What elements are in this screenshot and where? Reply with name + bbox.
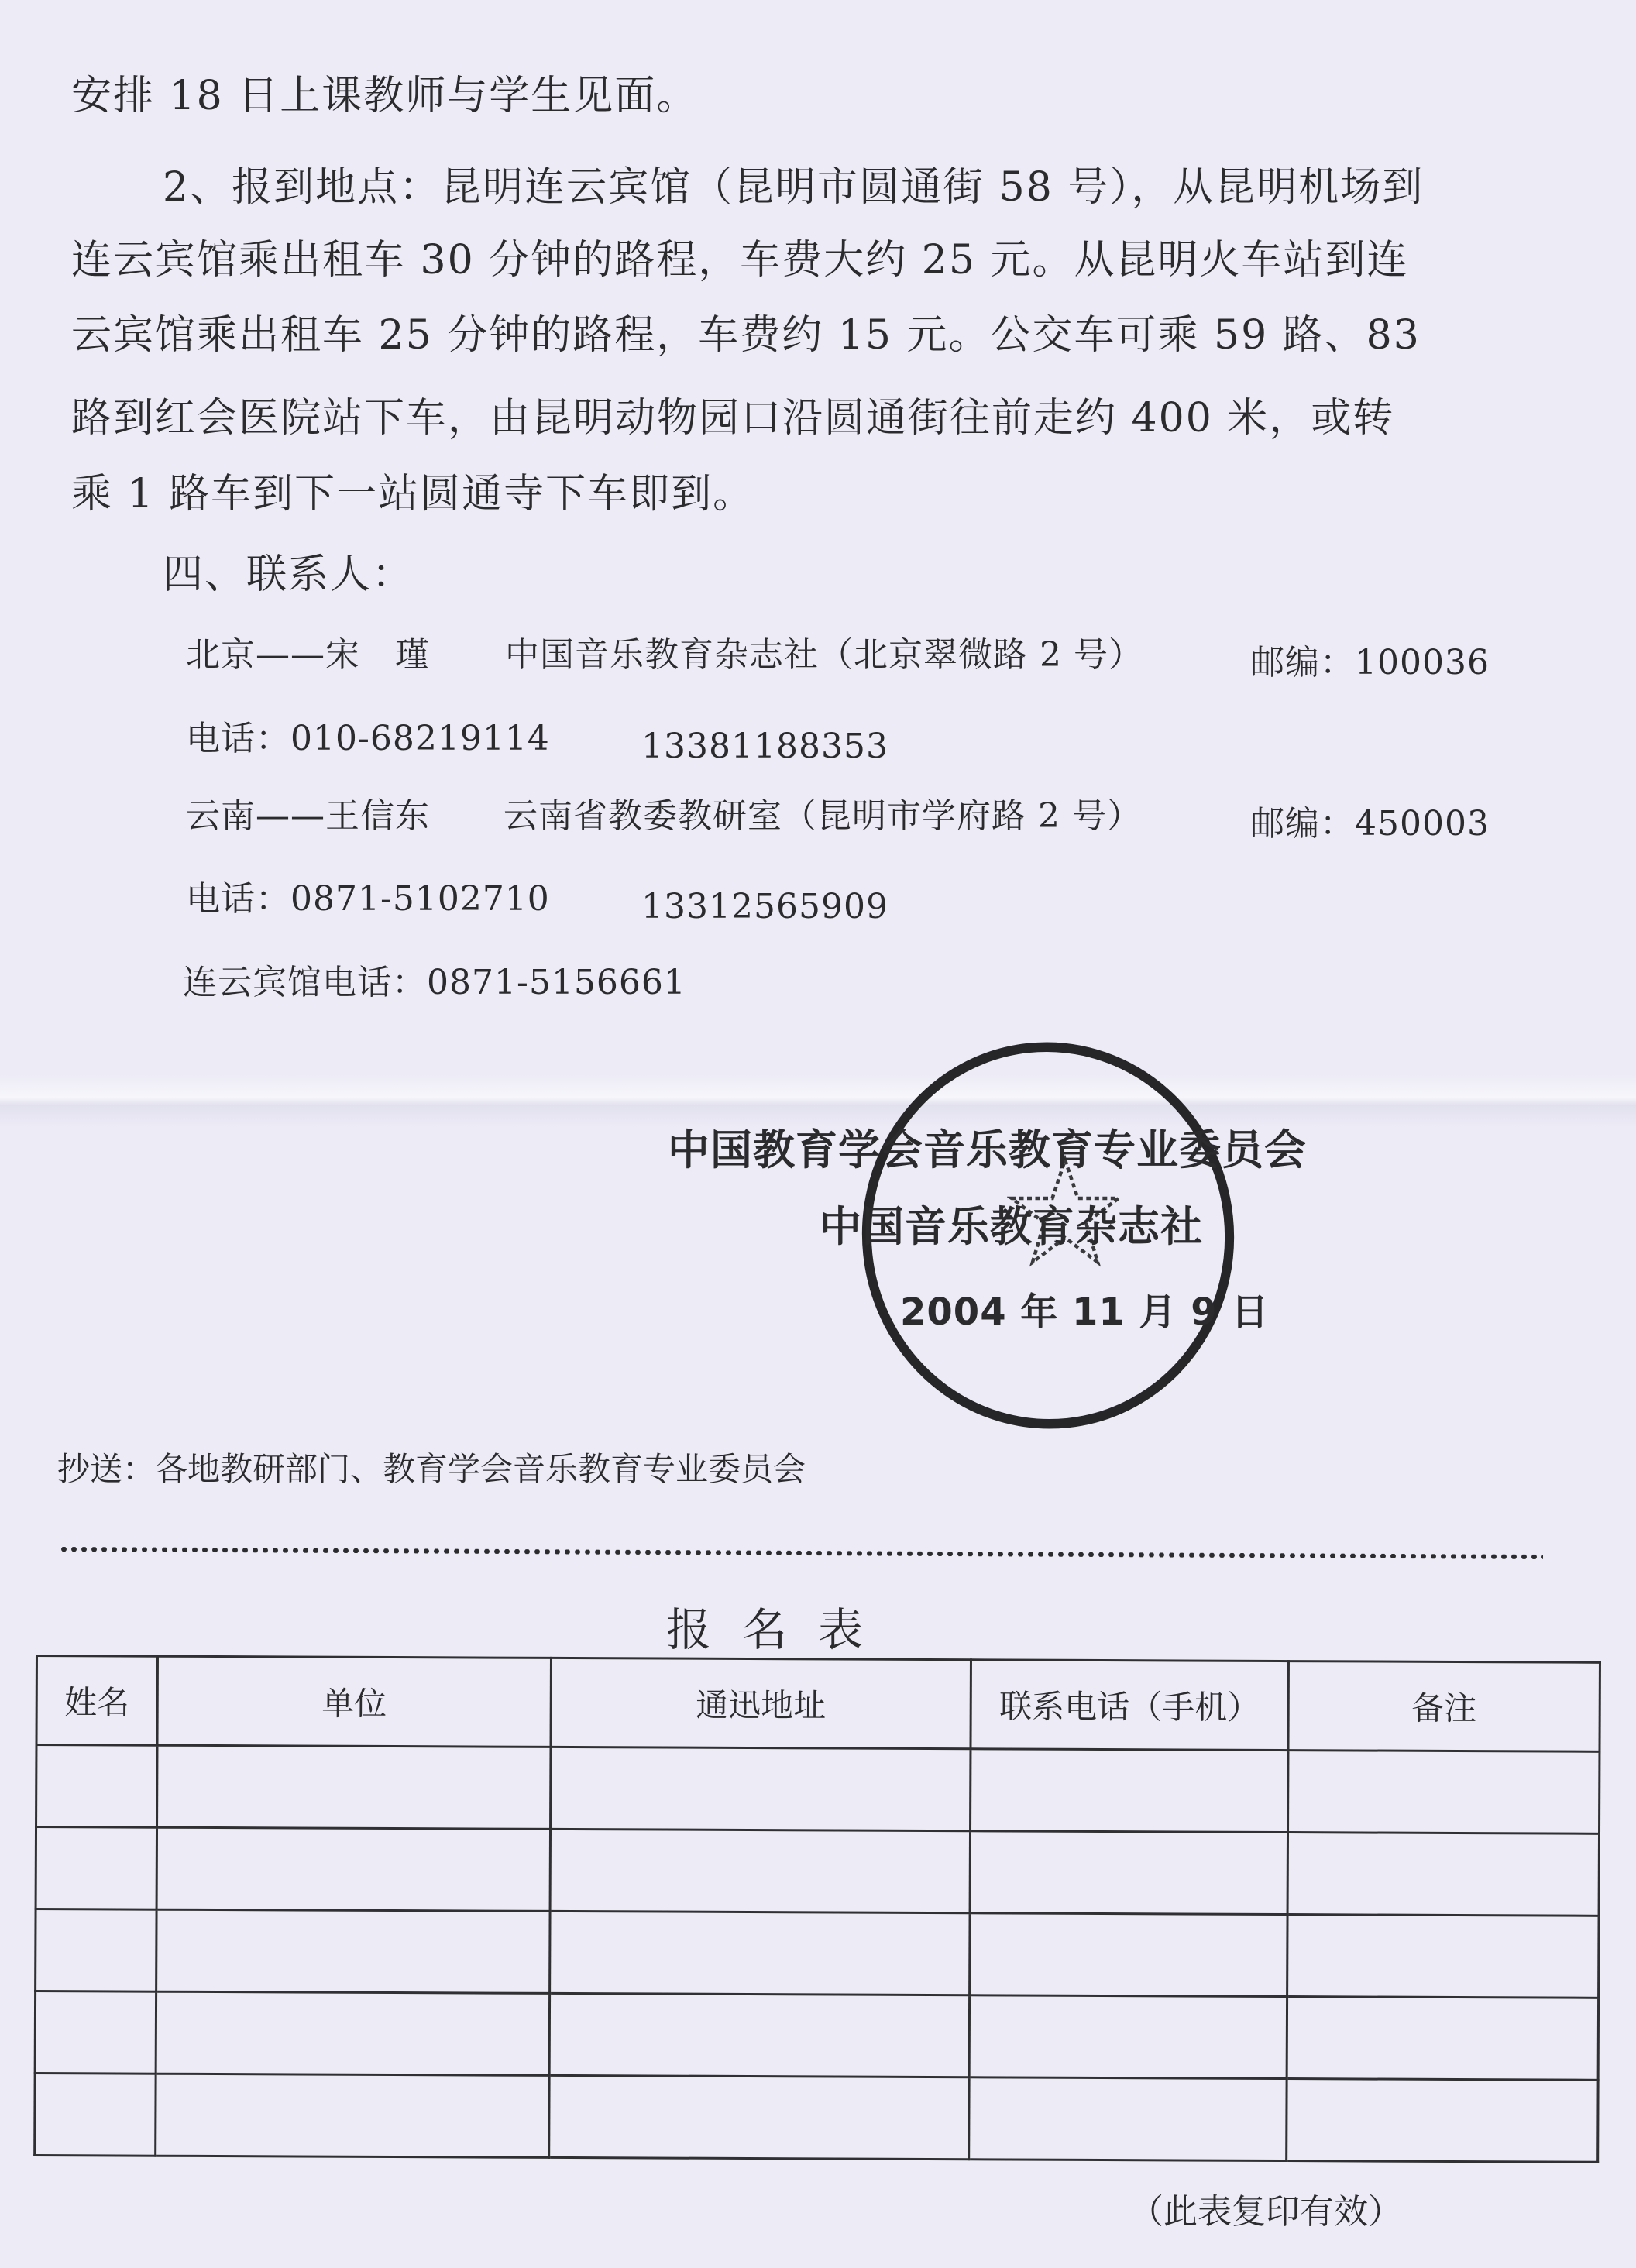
body-line: 安排 18 日上课教师与学生见面。 bbox=[71, 73, 698, 119]
column-header-remarks: 备注 bbox=[1288, 1661, 1600, 1752]
cell-remarks[interactable] bbox=[1288, 1751, 1600, 1834]
cell-address[interactable] bbox=[549, 1993, 969, 2077]
document-page: 安排 18 日上课教师与学生见面。 2、报到地点：昆明连云宾馆（昆明市圆通街 5… bbox=[0, 0, 1636, 2268]
cell-remarks[interactable] bbox=[1287, 2079, 1598, 2163]
column-header-name: 姓名 bbox=[36, 1656, 158, 1746]
column-header-address: 通迅地址 bbox=[551, 1658, 971, 1748]
table-header-row: 姓名 单位 通迅地址 联系电话（手机） 备注 bbox=[36, 1656, 1600, 1752]
contact-postcode: 邮编：450003 bbox=[1250, 804, 1490, 844]
cell-name[interactable] bbox=[36, 1909, 156, 1992]
signature-org-2: 中国音乐教育杂志社 bbox=[820, 1204, 1203, 1250]
hotel-phone: 连云宾馆电话：0871-5156661 bbox=[183, 963, 686, 1003]
contact-organization: 中国音乐教育杂志社（北京翠微路 2 号） bbox=[505, 635, 1143, 675]
table-row bbox=[35, 2074, 1598, 2163]
table-row bbox=[36, 1827, 1599, 1916]
body-line: 2、报到地点：昆明连云宾馆（昆明市圆通街 58 号），从昆明机场到 bbox=[163, 164, 1424, 211]
table-row bbox=[35, 1991, 1598, 2081]
table-row bbox=[36, 1745, 1600, 1834]
cell-remarks[interactable] bbox=[1287, 1833, 1599, 1916]
cell-organization[interactable] bbox=[157, 1745, 551, 1829]
photocopy-note: （此表复印有效） bbox=[1129, 2192, 1402, 2232]
registration-table: 姓名 单位 通迅地址 联系电话（手机） 备注 bbox=[33, 1655, 1601, 2163]
contact-mobile: 13381188353 bbox=[641, 727, 888, 767]
cell-phone[interactable] bbox=[971, 1749, 1288, 1833]
cell-address[interactable] bbox=[549, 2075, 969, 2159]
cell-name[interactable] bbox=[36, 1827, 156, 1910]
section-heading-contacts: 四、联系人： bbox=[163, 552, 414, 598]
table-row bbox=[36, 1909, 1599, 1998]
column-header-organization: 单位 bbox=[157, 1656, 551, 1747]
cell-address[interactable] bbox=[550, 1829, 970, 1912]
cell-address[interactable] bbox=[550, 1911, 970, 1995]
contact-postcode: 邮编：100036 bbox=[1250, 643, 1490, 683]
contact-mobile: 13312565909 bbox=[641, 887, 888, 927]
body-line: 连云宾馆乘出租车 30 分钟的路程，车费大约 25 元。从昆明火车站到连 bbox=[71, 237, 1408, 283]
contact-organization: 云南省教委教研室（昆明市学府路 2 号） bbox=[504, 796, 1142, 837]
contact-person: 北京——宋 瑾 bbox=[186, 635, 430, 675]
contact-phone: 电话：0871-5102710 bbox=[186, 879, 550, 919]
cc-recipients: 抄送：各地教研部门、教育学会音乐教育专业委员会 bbox=[57, 1450, 806, 1489]
cell-address[interactable] bbox=[551, 1747, 971, 1830]
contact-person: 云南——王信东 bbox=[186, 796, 430, 837]
cell-organization[interactable] bbox=[156, 1827, 550, 1911]
cell-remarks[interactable] bbox=[1287, 1915, 1599, 1998]
cell-organization[interactable] bbox=[156, 1991, 549, 2075]
signature-org-1: 中国教育学会音乐教育专业委员会 bbox=[668, 1127, 1307, 1174]
cell-name[interactable] bbox=[35, 2074, 156, 2156]
body-line: 云宾馆乘出租车 25 分钟的路程，车费约 15 元。公交车可乘 59 路、83 bbox=[71, 312, 1421, 359]
cell-phone[interactable] bbox=[969, 2077, 1287, 2161]
body-line: 路到红会医院站下车，由昆明动物园口沿圆通街往前走约 400 米，或转 bbox=[71, 395, 1394, 442]
cell-organization[interactable] bbox=[156, 1909, 550, 1993]
form-title: 报名表 bbox=[666, 1605, 894, 1655]
cell-remarks[interactable] bbox=[1287, 1997, 1598, 2081]
cell-phone[interactable] bbox=[969, 1995, 1287, 2079]
cell-organization[interactable] bbox=[156, 2074, 549, 2157]
cell-name[interactable] bbox=[35, 1991, 156, 2074]
cell-phone[interactable] bbox=[970, 1831, 1287, 1915]
body-line: 乘 1 路车到下一站圆通寺下车即到。 bbox=[71, 471, 754, 517]
column-header-phone: 联系电话（手机） bbox=[971, 1660, 1288, 1751]
contact-phone: 电话：010-68219114 bbox=[186, 719, 550, 759]
cell-phone[interactable] bbox=[970, 1913, 1287, 1997]
signature-date: 2004 年 11 月 9 日 bbox=[900, 1289, 1269, 1335]
paper-fold-crease bbox=[0, 1073, 1636, 1127]
cut-line-divider bbox=[59, 1547, 1543, 1559]
cell-name[interactable] bbox=[36, 1745, 157, 1828]
